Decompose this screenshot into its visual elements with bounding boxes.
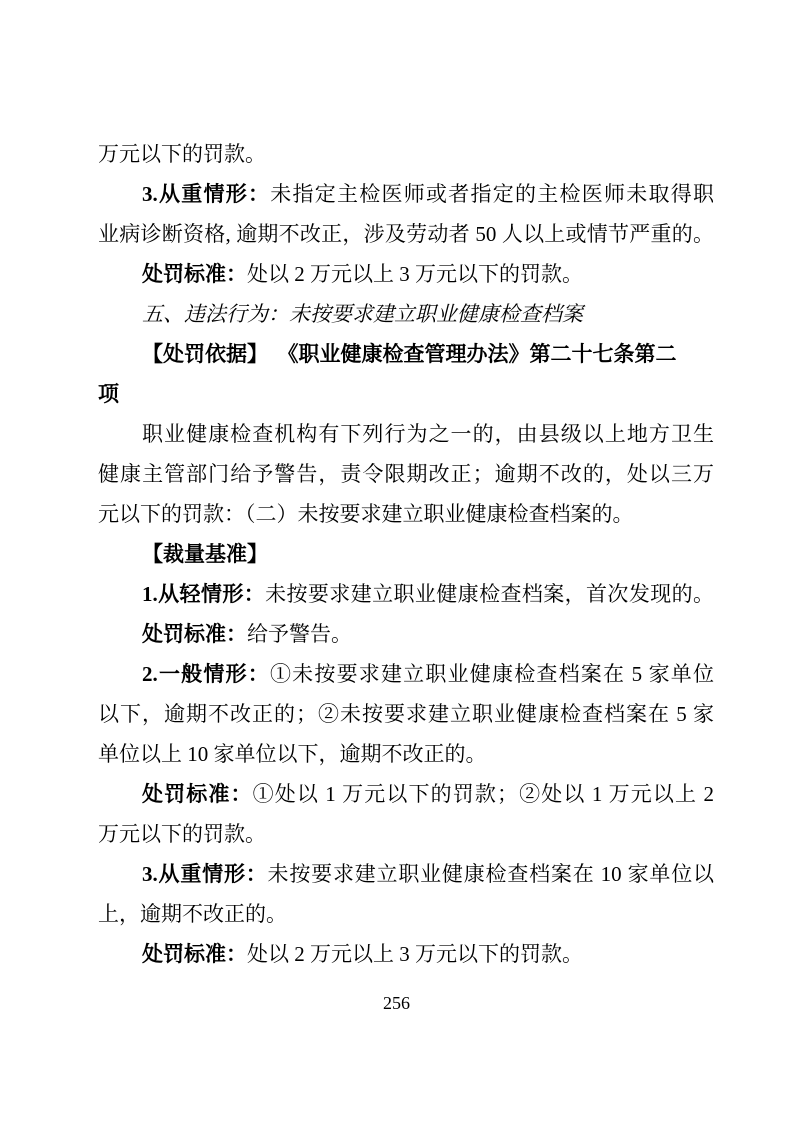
text-line: 3.从重情形：未指定主检医师或者指定的主检医师未取得职 [98, 174, 714, 214]
para-mitigating: 1.从轻情形：未按要求建立职业健康检查档案，首次发现的。 [98, 574, 714, 614]
text-line: 上，逾期不改正的。 [98, 894, 714, 934]
para-aggravating: 3.从重情形：未按要求建立职业健康检查档案在 10 家单位以上，逾期不改正的。 [98, 854, 714, 934]
text-line: 五、违法行为：未按要求建立职业健康检查档案 [98, 294, 714, 334]
label-segment: 处罚标准： [142, 262, 247, 286]
para-general: 2.一般情形：①未按要求建立职业健康检查档案在 5 家单位以下，逾期不改正的；②… [98, 654, 714, 774]
text-segment: 元以下的罚款：（二）未按要求建立职业健康检查档案的。 [98, 502, 634, 526]
para-legal-provision: 职业健康检查机构有下列行为之一的，由县级以上地方卫生健康主管部门给予警告，责令限… [98, 414, 714, 534]
text-segment: 处以 2 万元以上 3 万元以下的罚款。 [247, 942, 583, 966]
text-segment: 未指定主检医师或者指定的主检医师未取得职 [270, 182, 714, 206]
para-penalty-standard-prev: 处罚标准：处以 2 万元以上 3 万元以下的罚款。 [98, 254, 714, 294]
text-line: 处罚标准：处以 2 万元以上 3 万元以下的罚款。 [98, 934, 714, 974]
text-line: 【处罚依据】《职业健康检查管理办法》第二十七条第二 [98, 334, 714, 374]
text-segment: 职业健康检查机构有下列行为之一的，由县级以上地方卫生 [142, 422, 714, 446]
para-penalty-basis: 【处罚依据】《职业健康检查管理办法》第二十七条第二项 [98, 334, 714, 414]
text-segment: 五、违法行为：未按要求建立职业健康检查档案 [142, 302, 583, 326]
para-violation-title: 五、违法行为：未按要求建立职业健康检查档案 [98, 294, 714, 334]
label-segment: 项 [98, 382, 119, 406]
text-segment: 给予警告。 [247, 622, 352, 646]
label-segment: 3.从重情形： [142, 182, 270, 206]
text-segment: 万元以下的罚款。 [98, 822, 266, 846]
label-segment: 【裁量基准】 [142, 542, 268, 566]
page-number: 256 [0, 992, 793, 1014]
text-line: 业病诊断资格, 逾期不改正，涉及劳动者 50 人以上或情节严重的。 [98, 214, 714, 254]
label-segment: 1.从轻情形： [142, 582, 265, 606]
text-segment: 上，逾期不改正的。 [98, 902, 287, 926]
para-penalty-standard-general: 处罚标准：①处以 1 万元以下的罚款；②处以 1 万元以上 2万元以下的罚款。 [98, 774, 714, 854]
text-segment: 未按要求建立职业健康检查档案，首次发现的。 [265, 582, 714, 606]
text-line: 处罚标准：给予警告。 [98, 614, 714, 654]
text-segment: ①未按要求建立职业健康检查档案在 5 家单位 [270, 662, 714, 686]
text-segment: 未按要求建立职业健康检查档案在 10 家单位以 [268, 862, 714, 886]
para-aggravating-prev-violation: 3.从重情形：未指定主检医师或者指定的主检医师未取得职业病诊断资格, 逾期不改正… [98, 174, 714, 254]
text-segment: 处以 2 万元以上 3 万元以下的罚款。 [247, 262, 583, 286]
text-line: 单位以上 10 家单位以下，逾期不改正的。 [98, 734, 714, 774]
text-line: 【裁量基准】 [98, 534, 714, 574]
label-segment: 2.一般情形： [142, 662, 270, 686]
text-line: 以下，逾期不改正的；②未按要求建立职业健康检查档案在 5 家 [98, 694, 714, 734]
para-discretion-benchmark-heading: 【裁量基准】 [98, 534, 714, 574]
para-penalty-standard-mitigating: 处罚标准：给予警告。 [98, 614, 714, 654]
label-segment: 处罚标准： [142, 622, 247, 646]
label-segment: 处罚标准： [142, 942, 247, 966]
text-line: 处罚标准：处以 2 万元以上 3 万元以下的罚款。 [98, 254, 714, 294]
text-line: 万元以下的罚款。 [98, 134, 714, 174]
text-segment: 业病诊断资格, 逾期不改正，涉及劳动者 50 人以上或情节严重的。 [98, 222, 714, 246]
text-line: 元以下的罚款：（二）未按要求建立职业健康检查档案的。 [98, 494, 714, 534]
label-segment: 处罚标准： [142, 782, 253, 806]
text-line: 1.从轻情形：未按要求建立职业健康检查档案，首次发现的。 [98, 574, 714, 614]
para-fine-continuation: 万元以下的罚款。 [98, 134, 714, 174]
label-segment: 《职业健康检查管理办法》第二十七条第二 [288, 342, 677, 366]
text-line: 3.从重情形：未按要求建立职业健康检查档案在 10 家单位以 [98, 854, 714, 894]
para-penalty-standard-aggravating: 处罚标准：处以 2 万元以上 3 万元以下的罚款。 [98, 934, 714, 974]
text-segment: 单位以上 10 家单位以下，逾期不改正的。 [98, 742, 487, 766]
text-line: 项 [98, 374, 714, 414]
text-line: 2.一般情形：①未按要求建立职业健康检查档案在 5 家单位 [98, 654, 714, 694]
text-segment: ①处以 1 万元以下的罚款；②处以 1 万元以上 2 [253, 782, 714, 806]
text-line: 处罚标准：①处以 1 万元以下的罚款；②处以 1 万元以上 2 [98, 774, 714, 814]
text-segment: 万元以下的罚款。 [98, 142, 266, 166]
text-line: 职业健康检查机构有下列行为之一的，由县级以上地方卫生 [98, 414, 714, 454]
text-segment: 以下，逾期不改正的；②未按要求建立职业健康检查档案在 5 家 [98, 702, 714, 726]
document-page: 万元以下的罚款。3.从重情形：未指定主检医师或者指定的主检医师未取得职业病诊断资… [0, 0, 793, 1122]
label-segment: 【处罚依据】 [142, 342, 268, 366]
text-line: 万元以下的罚款。 [98, 814, 714, 854]
label-segment: 3.从重情形： [142, 862, 268, 886]
text-line: 健康主管部门给予警告，责令限期改正；逾期不改的，处以三万 [98, 454, 714, 494]
text-segment: 健康主管部门给予警告，责令限期改正；逾期不改的，处以三万 [98, 462, 714, 486]
document-body: 万元以下的罚款。3.从重情形：未指定主检医师或者指定的主检医师未取得职业病诊断资… [98, 134, 714, 974]
